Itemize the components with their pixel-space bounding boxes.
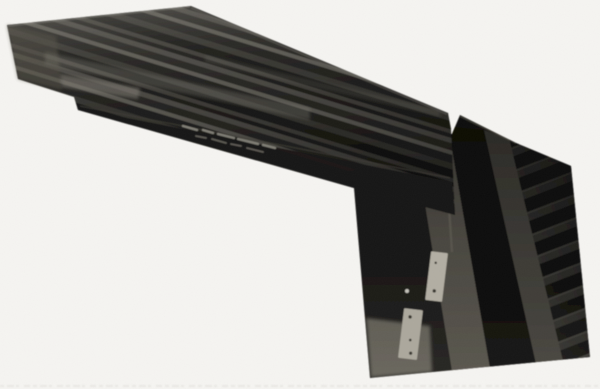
- photo-canvas: [0, 0, 600, 389]
- film-grain-overlay: [0, 0, 600, 389]
- photo-stage: [0, 0, 600, 389]
- photograph: [0, 0, 600, 389]
